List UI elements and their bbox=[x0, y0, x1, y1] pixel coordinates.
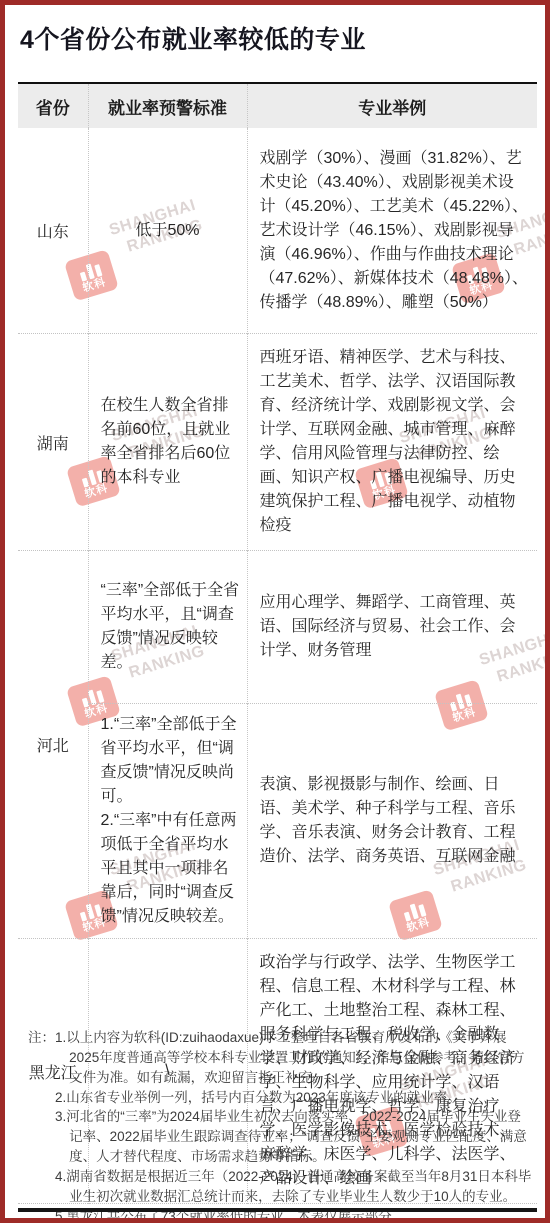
standard-cell-hebei-2: 1.“三率”全部低于全省平均水平，但“调查反馈”情况反映尚可。 2.“三率”中有… bbox=[88, 704, 247, 939]
province-cell-hebei: 河北 bbox=[18, 551, 88, 939]
table-row-hebei-1: 河北 “三率”全部低于全省平均水平，且“调查反馈”情况反映较差。 应用心理学、舞… bbox=[18, 551, 537, 704]
standard-cell-hunan: 在校生人数全省排名前60位，且就业率全省排名后60位的本科专业 bbox=[88, 334, 247, 551]
standard-cell-hebei-1: “三率”全部低于全省平均水平，且“调查反馈”情况反映较差。 bbox=[88, 551, 247, 704]
footnotes-list: 1.以上内容为软科(ID:zuihaodaxue)手工整理自各省教育厅发布的《关… bbox=[55, 1028, 534, 1223]
footnote-item-3: 3.河北省的“三率”为2024届毕业生初次去向落实率、2022-2024届毕业生… bbox=[55, 1107, 534, 1167]
col-header-major-examples: 专业举例 bbox=[247, 83, 537, 128]
col-header-province: 省份 bbox=[18, 83, 88, 128]
col-header-warning-standard: 就业率预警标准 bbox=[88, 83, 247, 128]
page-title: 4个省份公布就业率较低的专业 bbox=[5, 5, 545, 57]
examples-cell-hunan: 西班牙语、精神医学、艺术与科技、工艺美术、哲学、法学、汉语国际教育、经济统计学、… bbox=[247, 334, 537, 551]
footnotes: 注： 1.以上内容为软科(ID:zuihaodaxue)手工整理自各省教育厅发布… bbox=[28, 1028, 534, 1223]
table-row-hunan: 湖南 在校生人数全省排名前60位，且就业率全省排名后60位的本科专业 西班牙语、… bbox=[18, 334, 537, 551]
footnote-item-2: 2.山东省专业举例一列，括号内百分数为2023年度该专业的就业率。 bbox=[55, 1088, 534, 1108]
bottom-divider bbox=[18, 1208, 537, 1212]
footnotes-label: 注： bbox=[28, 1028, 55, 1223]
standard-cell-shandong: 低于50% bbox=[88, 128, 247, 334]
examples-cell-shandong: 戏剧学（30%）、漫画（31.82%）、艺术史论（43.40%）、戏剧影视美术设… bbox=[247, 128, 537, 334]
infographic-card: 软科 SHANGHAIRANKING 软科 SHANGHAIRANKING 软科… bbox=[0, 0, 550, 1223]
footnote-item-1: 1.以上内容为软科(ID:zuihaodaxue)手工整理自各省教育厅发布的《关… bbox=[55, 1028, 534, 1088]
footnote-item-4: 4.湖南省数据是根据近三年（2022-2024）普通高校备案截至当年8月31日本… bbox=[55, 1167, 534, 1207]
table-row-shandong: 山东 低于50% 戏剧学（30%）、漫画（31.82%）、艺术史论（43.40%… bbox=[18, 128, 537, 334]
province-cell-shandong: 山东 bbox=[18, 128, 88, 334]
examples-cell-hebei-1: 应用心理学、舞蹈学、工商管理、英语、国际经济与贸易、社会工作、会计学、财务管理 bbox=[247, 551, 537, 704]
examples-cell-hebei-2: 表演、影视摄影与制作、绘画、日语、美术学、种子科学与工程、音乐学、音乐表演、财务… bbox=[247, 704, 537, 939]
table-header-row: 省份 就业率预警标准 专业举例 bbox=[18, 83, 537, 128]
province-cell-hunan: 湖南 bbox=[18, 334, 88, 551]
table-row-hebei-2: 1.“三率”全部低于全省平均水平，但“调查反馈”情况反映尚可。 2.“三率”中有… bbox=[18, 704, 537, 939]
